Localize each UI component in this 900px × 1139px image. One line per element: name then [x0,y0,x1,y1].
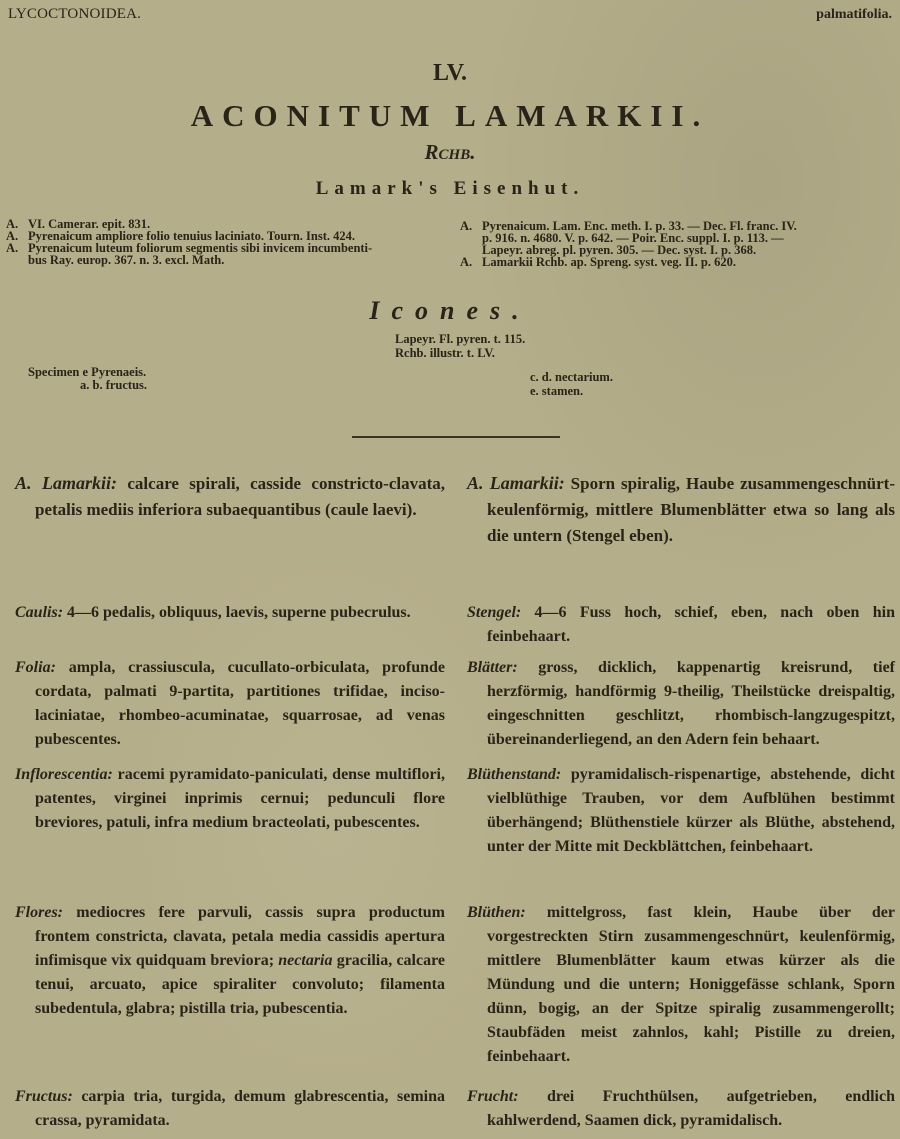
page-title: ACONITUM LAMARKII. [0,98,900,134]
synonym-entry: A. Pyrenaicum. Lam. Enc. meth. I. p. 33.… [460,220,892,232]
blaetter-label: Blätter: [467,659,518,676]
latin-inflorescentia: Inflorescentia: racemi pyramidato-panicu… [15,763,445,835]
specimen-legend-left: Specimen e Pyrenaeis. a. b. fructus. [28,366,147,392]
stamen-label: e. stamen. [530,384,613,398]
flores-label: Flores: [15,904,63,921]
specimen-legend-right: c. d. nectarium. e. stamen. [530,370,613,398]
german-bluethen: Blüthen: mittelgross, fast klein, Haube … [467,901,895,1069]
synonym-lead: A. [460,220,472,232]
synonym-continuation: bus Ray. europ. 367. n. 3. excl. Math. [6,254,436,266]
german-stengel: Stengel: 4—6 Fuss hoch, schief, eben, na… [467,601,895,649]
bluethen-label: Blüthen: [467,904,526,921]
german-diagnosis: A. Lamarkii: Sporn spiralig, Haube zusam… [467,470,895,549]
author-abbreviation: Rchb. [0,140,900,165]
caulis-label: Caulis: [15,604,63,621]
section-divider [352,436,560,438]
caulis-text: 4—6 pedalis, obliquus, laevis, superne p… [67,604,411,621]
synonym-text: Lamarkii Rchb. ap. Spreng. syst. veg. II… [482,255,736,269]
synonym-entry: A. Pyrenaicum luteum foliorum segmentis … [6,242,436,254]
stengel-text: 4—6 Fuss hoch, schief, eben, nach oben h… [487,604,895,645]
german-blaetter: Blätter: gross, dicklich, kappenartig kr… [467,656,895,752]
plate-number: LV. [0,60,900,87]
latin-fructus: Fructus: carpia tria, turgida, demum gla… [15,1085,445,1133]
blaetter-text: gross, dicklich, kappenartig kreisrund, … [487,659,895,748]
latin-folia: Folia: ampla, crassiuscula, cucullato-or… [15,656,445,752]
bluethenstand-label: Blüthenstand: [467,766,561,783]
folia-text: ampla, crassiuscula, cucullato-orbiculat… [35,659,445,748]
running-head-left: LYCOCTONOIDEA. [8,6,141,23]
german-frucht: Frucht: drei Fruchthülsen, aufgetrieben,… [467,1085,895,1133]
synonym-text: Pyrenaicum luteum foliorum segmentis sib… [28,241,372,255]
synonyms-right: A. Pyrenaicum. Lam. Enc. meth. I. p. 33.… [460,220,892,268]
synonym-lead: A. [460,256,472,268]
icones-ref: Lapeyr. Fl. pyren. t. 115. [395,332,525,346]
frucht-text: drei Fruchthülsen, aufgetrieben, endlich… [487,1088,895,1129]
fructus-label: a. b. fructus. [28,379,147,392]
synonyms-left: A. VI. Camerar. epit. 831. A. Pyrenaicum… [6,218,436,266]
frucht-label: Frucht: [467,1088,519,1105]
synonym-text: Pyrenaicum. Lam. Enc. meth. I. p. 33. — … [482,219,797,233]
icones-references: Lapeyr. Fl. pyren. t. 115. Rchb. illustr… [395,332,525,360]
nectarium-label: c. d. nectarium. [530,370,613,384]
synonym-lead: A. [6,242,18,254]
icones-ref: Rchb. illustr. t. LV. [395,346,525,360]
running-head-right: palmatifolia. [816,7,892,23]
icones-heading: Icones. [0,296,900,326]
fructus-label: Fructus: [15,1088,73,1105]
common-name: Lamark's Eisenhut. [0,178,900,200]
synonym-entry: A. Lamarkii Rchb. ap. Spreng. syst. veg.… [460,256,892,268]
inflorescentia-label: Inflorescentia: [15,766,113,783]
diagnosis-label: A. Lamarkii: [15,473,117,493]
nectaria-term: nectaria [278,952,332,969]
fructus-text: carpia tria, turgida, demum glabrescenti… [35,1088,445,1129]
german-bluethenstand: Blüthenstand: pyramidalisch-rispenartige… [467,763,895,859]
book-page: LYCOCTONOIDEA. palmatifolia. LV. ACONITU… [0,0,900,1139]
latin-caulis: Caulis: 4—6 pedalis, obliquus, laevis, s… [15,601,445,625]
diagnosis-label: A. Lamarkii: [467,473,565,493]
latin-flores: Flores: mediocres fere parvuli, cassis s… [15,901,445,1021]
folia-label: Folia: [15,659,56,676]
bluethen-text: mittelgross, fast klein, Haube über der … [487,904,895,1065]
stengel-label: Stengel: [467,604,521,621]
latin-diagnosis: A. Lamarkii: calcare spirali, casside co… [15,470,445,523]
